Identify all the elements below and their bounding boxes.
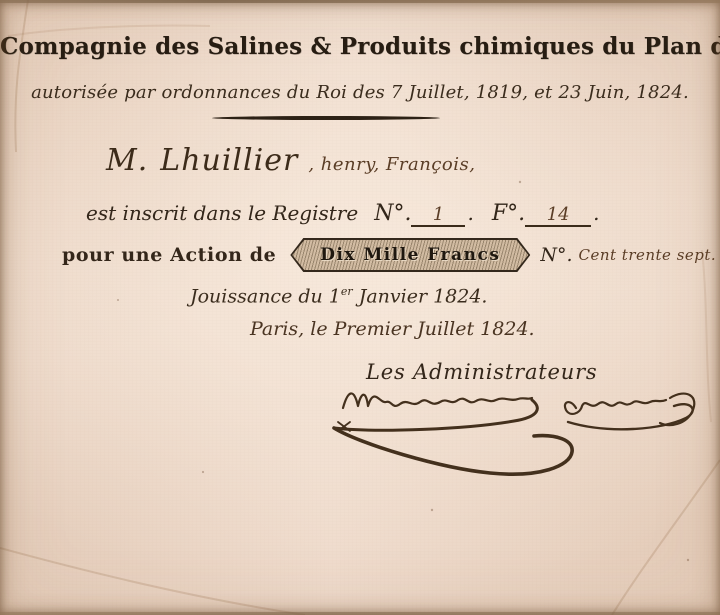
amount-banner-hatching: Dix Mille Francs <box>292 240 528 270</box>
share-number-label: N°. <box>540 244 572 266</box>
signature-left <box>334 393 572 474</box>
jouissance-prefix: Jouissance du 1 <box>190 285 341 307</box>
register-folio-period: . <box>593 201 599 225</box>
certificate-scan: Compagnie des Salines & Produits chimiqu… <box>0 0 720 615</box>
register-number-label: N°. <box>374 201 411 226</box>
register-line: est inscrit dans le Registre N°. 1 . F°.… <box>86 201 601 227</box>
holder-line: M. Lhuillier , henry, François, <box>106 143 475 178</box>
jouissance-ordinal: er <box>341 285 353 298</box>
share-lead-text: pour une Action de <box>62 244 276 266</box>
amount-banner-text: Dix Mille Francs <box>320 245 500 265</box>
holder-prefix: M. <box>106 143 148 178</box>
jouissance-suffix: Janvier 1824. <box>353 285 488 307</box>
amount-banner: Dix Mille Francs <box>290 238 530 272</box>
signatures <box>318 378 713 483</box>
share-line: pour une Action de Dix Mille Francs N°. … <box>62 238 712 272</box>
register-lead-text: est inscrit dans le Registre <box>86 201 358 225</box>
register-number-value: 1 <box>411 206 465 227</box>
authorization-line: autorisée par ordonnances du Roi des 7 J… <box>0 82 720 103</box>
register-number-period: . <box>467 201 473 225</box>
share-number-value: Cent trente sept. <box>578 246 716 264</box>
holder-surname: Lhuillier <box>160 143 298 178</box>
signature-right <box>565 394 694 430</box>
scan-top-edge <box>0 0 720 3</box>
jouissance-line: Jouissance du 1er Janvier 1824. <box>190 285 487 307</box>
register-folio-value: 14 <box>525 206 591 227</box>
place-date-line: Paris, le Premier Juillet 1824. <box>250 318 535 340</box>
decorative-swelled-rule <box>212 116 440 120</box>
company-title: Compagnie des Salines & Produits chimiqu… <box>0 33 720 60</box>
register-folio-label: F°. <box>492 201 525 226</box>
holder-given-names: , henry, François, <box>308 154 475 175</box>
